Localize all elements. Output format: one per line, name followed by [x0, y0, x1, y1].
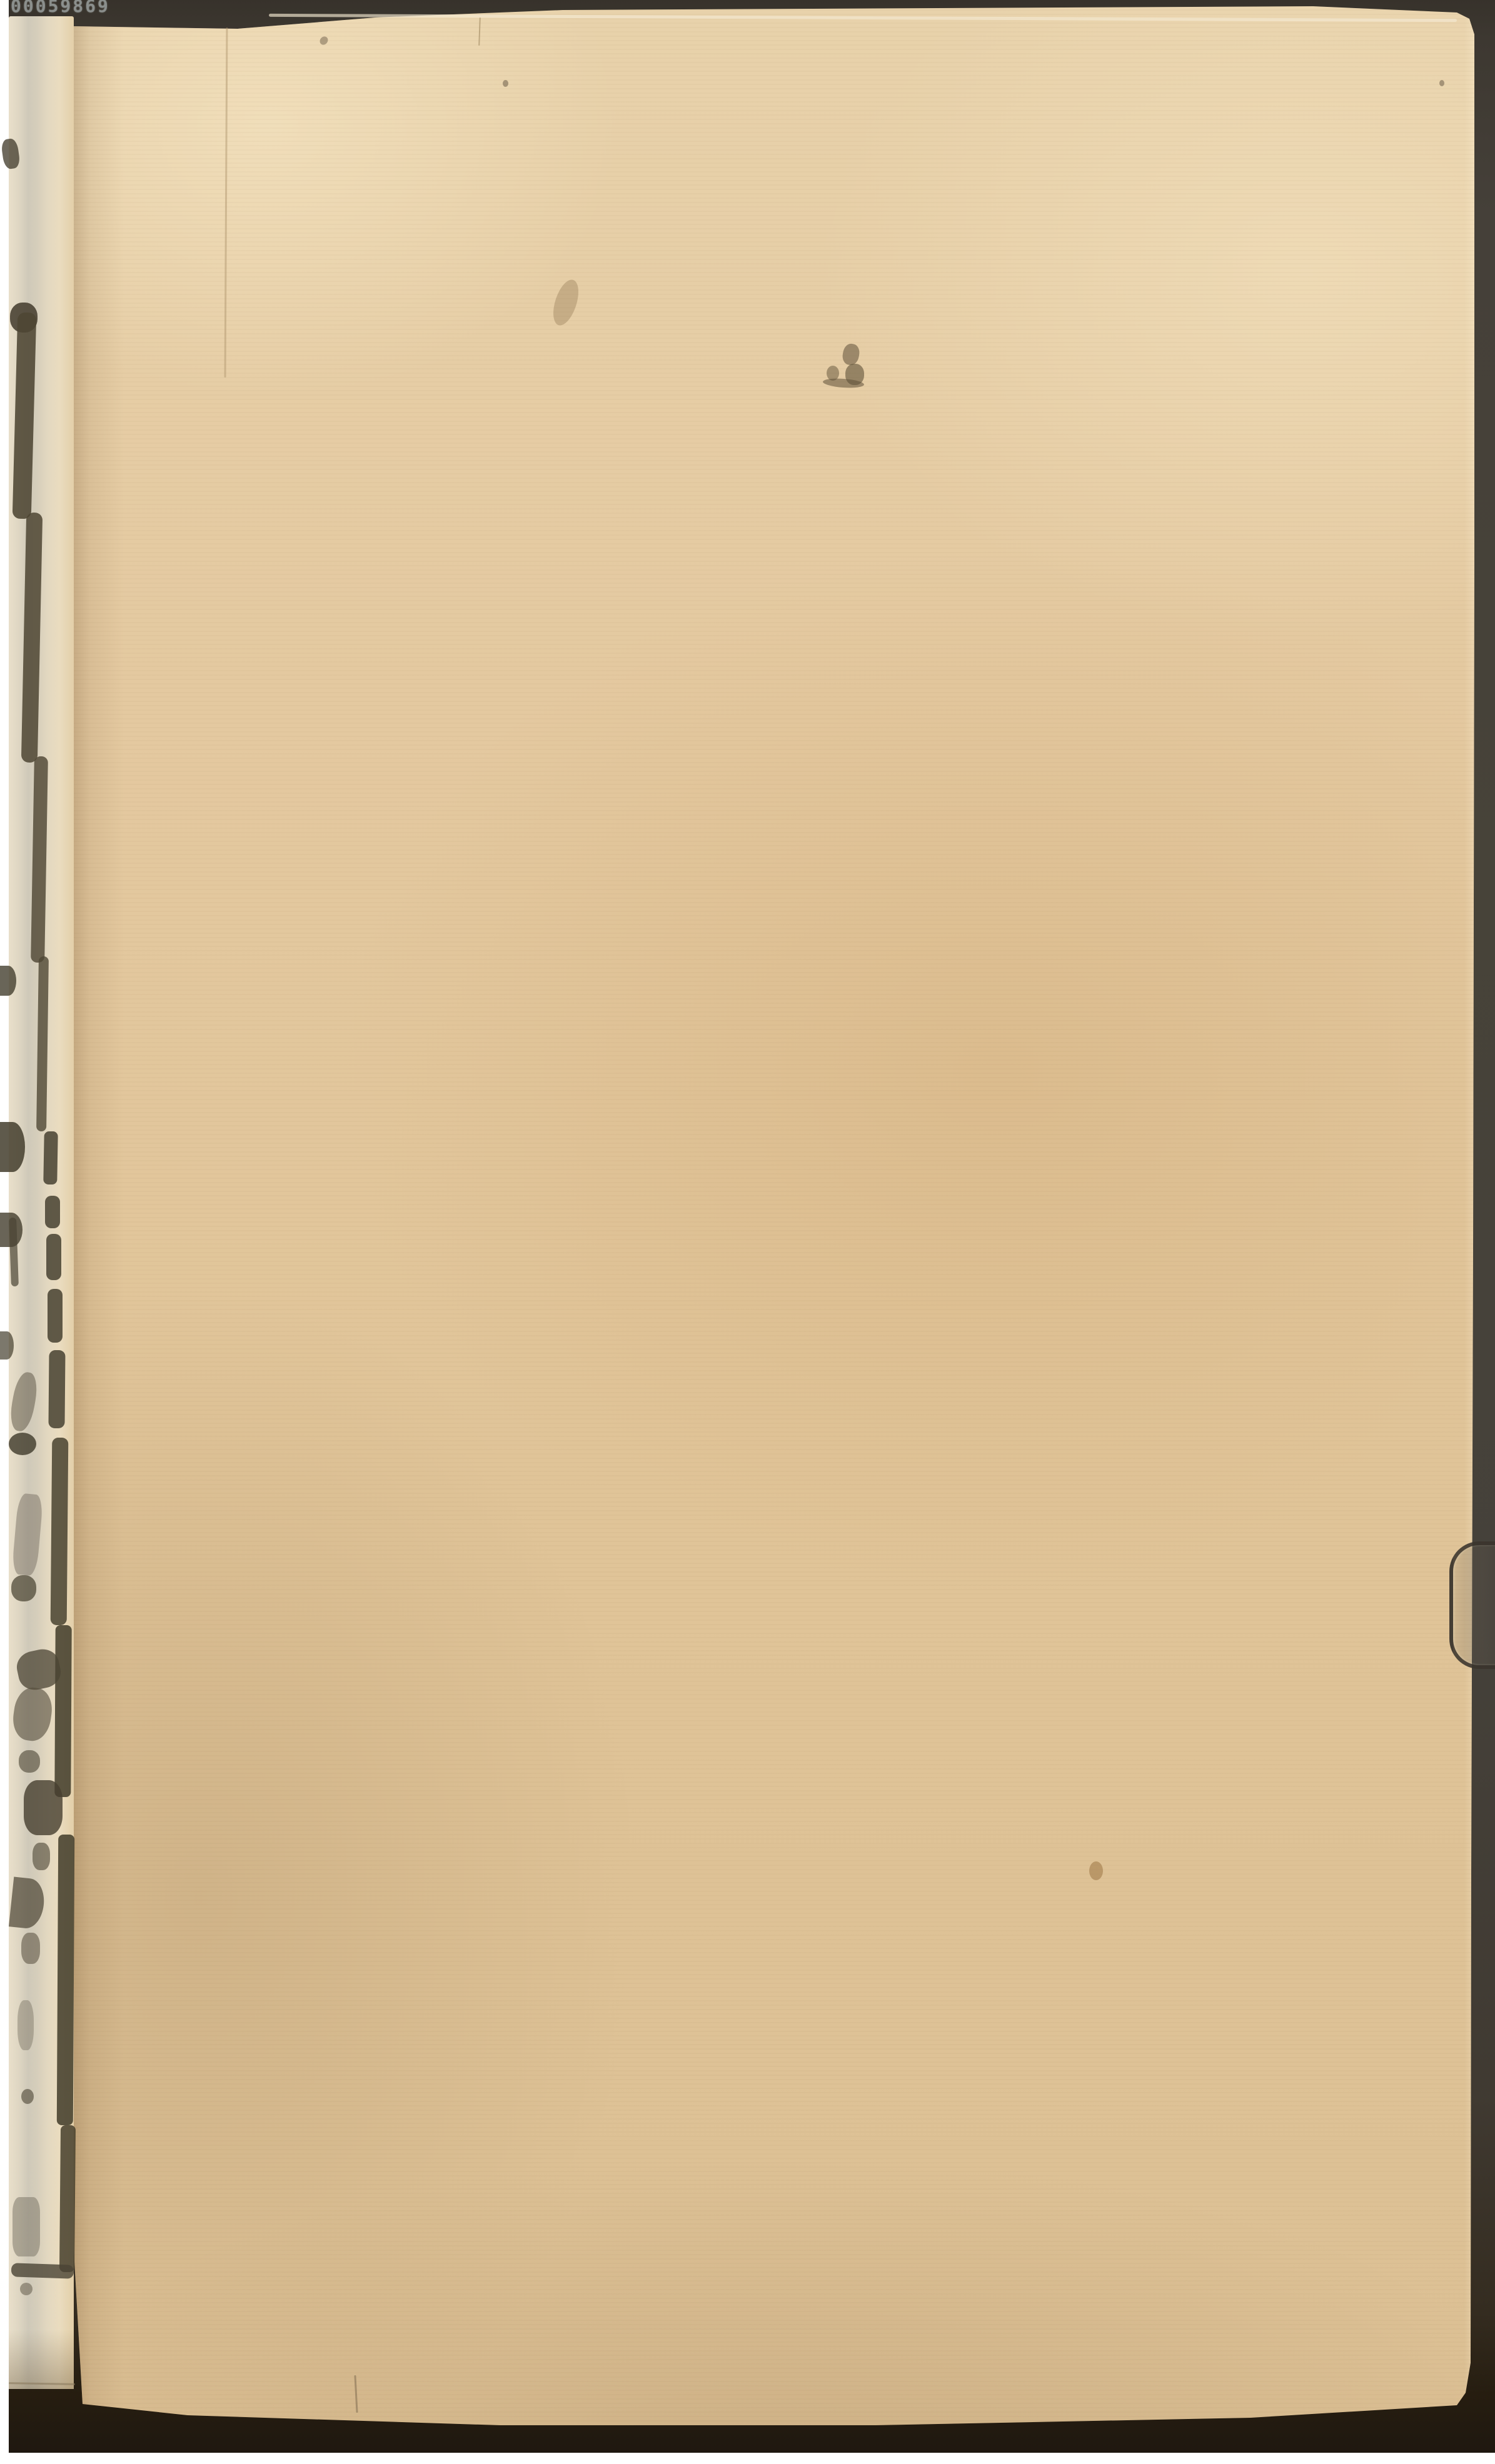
facing-page-edge	[9, 16, 74, 2389]
page-holder-tab	[1449, 1541, 1495, 1669]
scan-id-label: 00059869	[11, 0, 110, 16]
blank-book-page	[74, 5, 1474, 2430]
book-scan-viewport: 00059869	[0, 0, 1495, 2464]
